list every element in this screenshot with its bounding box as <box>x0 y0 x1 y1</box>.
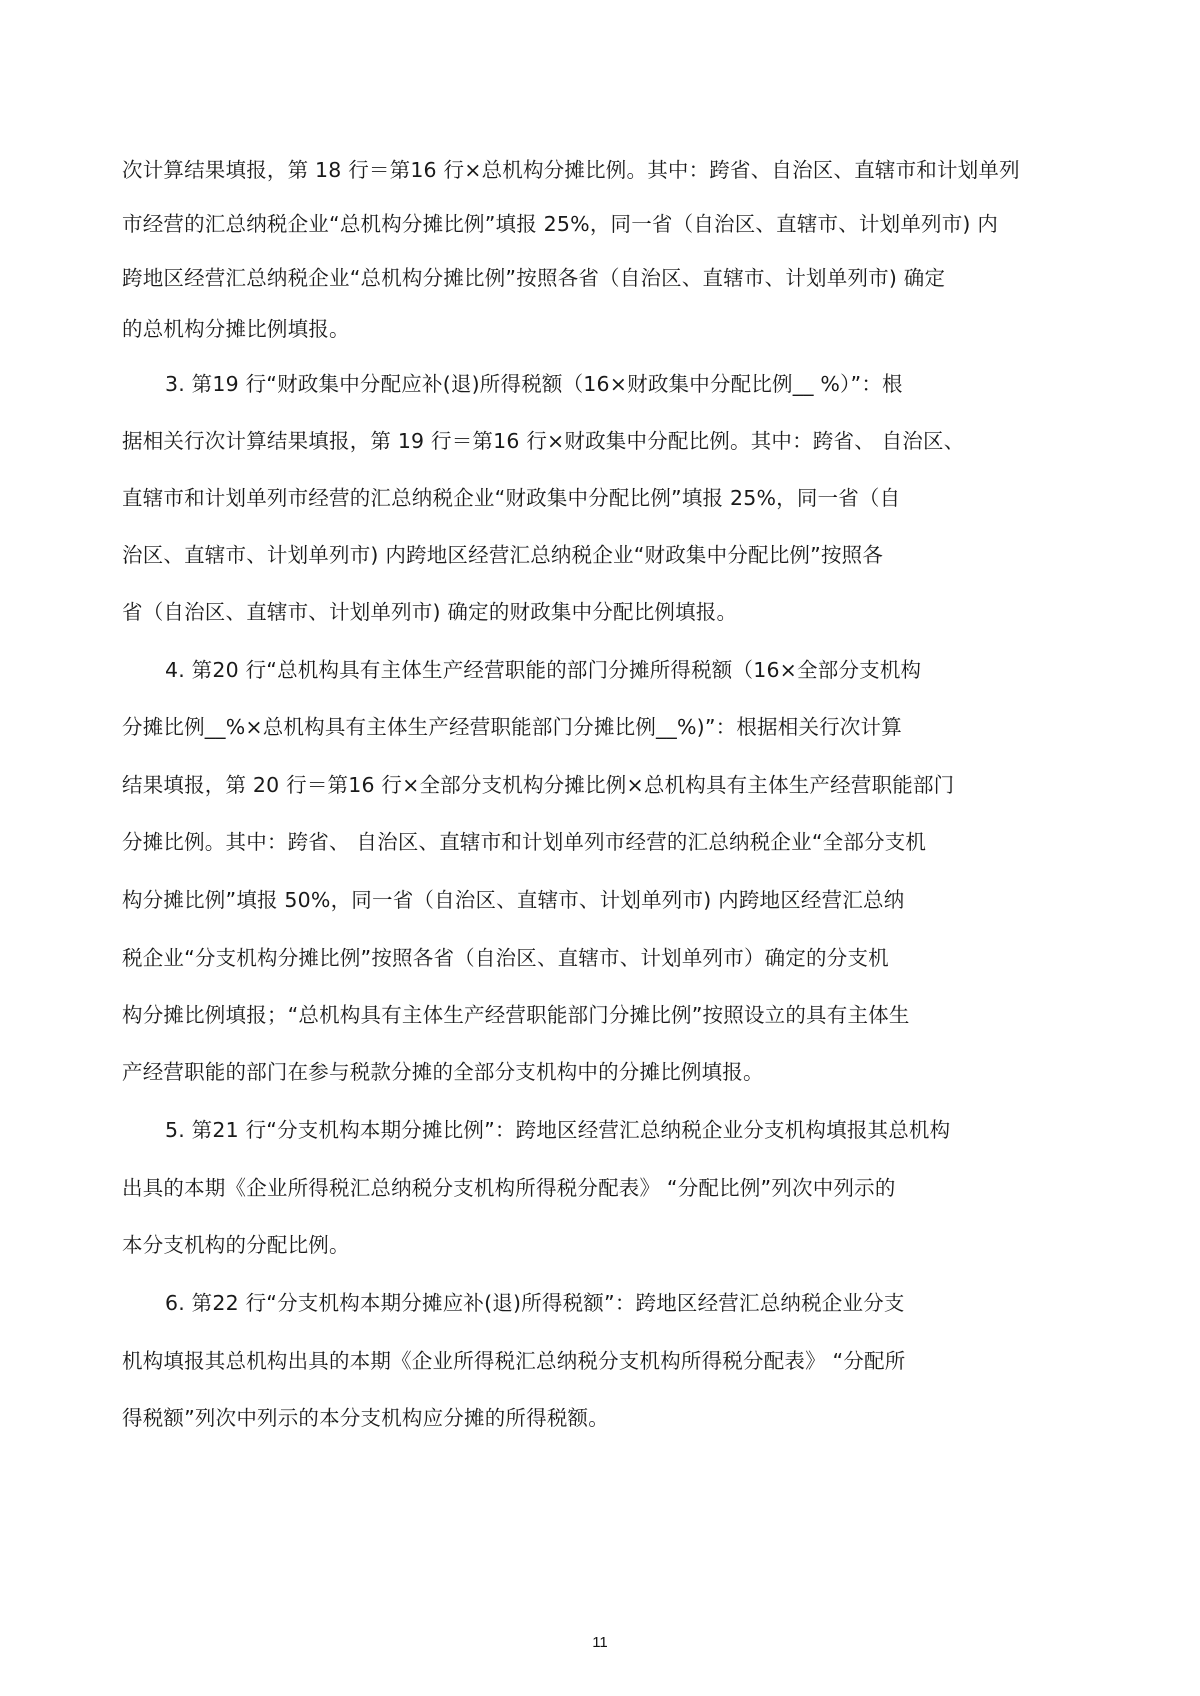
item-4-heading-line: 4. 第20 行“总机构具有主体生产经营职能的部门分摊所得税额（16×全部分支机… <box>165 656 1025 684</box>
text-line: 本分支机构的分配比例。 <box>122 1231 982 1259</box>
text-line: 构分摊比例填报；“总机构具有主体生产经营职能部门分摊比例”按照设立的具有主体生 <box>122 1001 982 1029</box>
text-line: 治区、直辖市、计划单列市) 内跨地区经营汇总纳税企业“财政集中分配比例”按照各 <box>122 541 982 569</box>
text-line: 的总机构分摊比例填报。 <box>122 315 982 343</box>
text-line: 机构填报其总机构出具的本期《企业所得税汇总纳税分支机构所得税分配表》 “分配所 <box>122 1347 982 1375</box>
page-number: 11 <box>0 1634 1200 1651</box>
item-6-heading-line: 6. 第22 行“分支机构本期分摊应补(退)所得税额”：跨地区经营汇总纳税企业分… <box>165 1289 1025 1317</box>
text-line: 出具的本期《企业所得税汇总纳税分支机构所得税分配表》 “分配比例”列次中列示的 <box>122 1174 982 1202</box>
text-line: 直辖市和计划单列市经营的汇总纳税企业“财政集中分配比例”填报 25%，同一省（自 <box>122 484 982 512</box>
text-line: 税企业“分支机构分摊比例”按照各省（自治区、直辖市、计划单列市）确定的分支机 <box>122 944 982 972</box>
text-line: 跨地区经营汇总纳税企业“总机构分摊比例”按照各省（自治区、直辖市、计划单列市) … <box>122 264 982 292</box>
text-line: 构分摊比例”填报 50%，同一省（自治区、直辖市、计划单列市) 内跨地区经营汇总… <box>122 886 982 914</box>
text-line: 市经营的汇总纳税企业“总机构分摊比例”填报 25%，同一省（自治区、直辖市、计划… <box>122 210 982 238</box>
item-5-heading-line: 5. 第21 行“分支机构本期分摊比例”：跨地区经营汇总纳税企业分支机构填报其总… <box>165 1116 1025 1144</box>
text-line: 分摊比例__%×总机构具有主体生产经营职能部门分摊比例__%)”：根据相关行次计… <box>122 713 982 741</box>
text-line: 产经营职能的部门在参与税款分摊的全部分支机构中的分摊比例填报。 <box>122 1058 982 1086</box>
item-3-heading-line: 3. 第19 行“财政集中分配应补(退)所得税额（16×财政集中分配比例__ %… <box>165 370 1025 398</box>
text-line: 分摊比例。其中：跨省、 自治区、直辖市和计划单列市经营的汇总纳税企业“全部分支机 <box>122 828 982 856</box>
text-line: 结果填报，第 20 行＝第16 行×全部分支机构分摊比例×总机构具有主体生产经营… <box>122 771 982 799</box>
text-line: 省（自治区、直辖市、计划单列市) 确定的财政集中分配比例填报。 <box>122 598 982 626</box>
text-line: 次计算结果填报，第 18 行＝第16 行×总机构分摊比例。其中：跨省、自治区、直… <box>122 156 982 184</box>
document-page: 次计算结果填报，第 18 行＝第16 行×总机构分摊比例。其中：跨省、自治区、直… <box>0 0 1200 1696</box>
text-line: 据相关行次计算结果填报，第 19 行＝第16 行×财政集中分配比例。其中：跨省、… <box>122 427 982 455</box>
text-line: 得税额”列次中列示的本分支机构应分摊的所得税额。 <box>122 1404 982 1432</box>
